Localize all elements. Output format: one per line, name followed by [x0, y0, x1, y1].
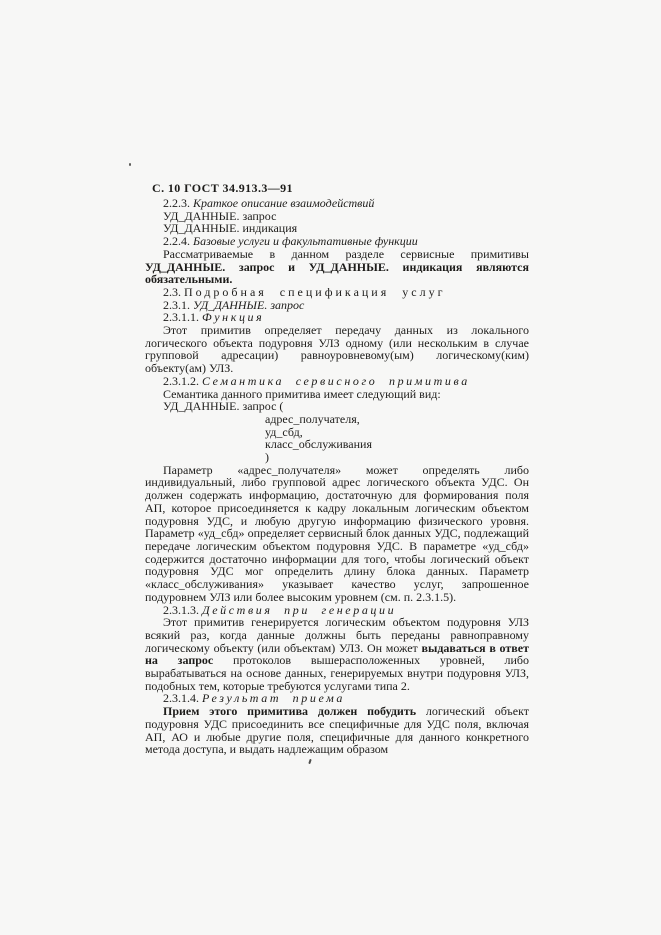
page-header: С. 10 ГОСТ 34.913.3—91	[152, 181, 293, 196]
paragraph: Прием этого примитива должен побудить ло…	[145, 705, 529, 756]
heading-title: Краткое описание взаимодействий	[193, 196, 374, 210]
parameter-line: адрес_получателя,	[145, 413, 529, 426]
heading-title: Семантика сервисного примитива	[202, 374, 470, 388]
scan-speck-top	[129, 163, 131, 166]
text-run: УД_ДАННЫЕ. запрос и УД_ДАННЫЕ. индикация…	[145, 260, 529, 287]
heading-number: 2.3.1.2.	[163, 374, 202, 388]
heading-number: 2.2.3.	[163, 196, 193, 210]
scanned-document-page: С. 10 ГОСТ 34.913.3—91 2.2.3. Краткое оп…	[0, 0, 661, 935]
paragraph: Этот примитив определяет передачу данных…	[145, 324, 529, 375]
paragraph: Параметр «адрес_получателя» может опреде…	[145, 464, 529, 604]
scan-speck-bottom	[308, 759, 311, 764]
parameter-line: класс_обслуживания	[145, 438, 529, 451]
parameter-line: )	[145, 451, 529, 464]
paragraph: Рассматриваемые в данном разделе сервисн…	[145, 248, 529, 286]
section-heading: 2.3.1.2. Семантика сервисного примитива	[145, 375, 529, 388]
paragraph: Этот примитив генерируется логическим об…	[145, 616, 529, 692]
section-heading: 2.2.3. Краткое описание взаимодействий	[145, 197, 529, 210]
document-column: 2.2.3. Краткое описание взаимодействийУД…	[145, 197, 529, 756]
